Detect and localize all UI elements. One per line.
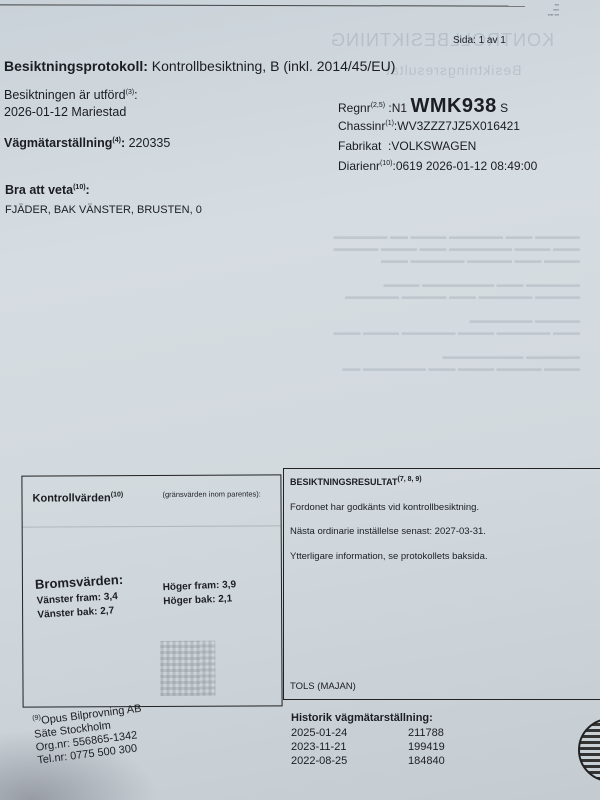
vehicle-info: Regnr(2,5) :N1 WMK938 S Chassinr(1):WV3Z… xyxy=(338,96,537,176)
brake-values-heading: Bromsvärden: xyxy=(35,572,124,592)
certification-seal-icon xyxy=(578,718,600,782)
result-title: BESIKTNINGSRESULTAT(7, 8, 9) xyxy=(290,477,422,487)
chassis-row: Chassinr(1):WV3ZZZ7JZ5X016421 xyxy=(338,116,537,136)
inspection-result-box: BESIKTNINGSRESULTAT(7, 8, 9) Fordonet ha… xyxy=(283,468,600,700)
protocol-title: Besiktningsprotokoll: Kontrollbesiktning… xyxy=(4,58,395,74)
corner-note: ▪▪▪▪▪▪▪▪▪▪▪ ▪▪▪ xyxy=(548,2,559,17)
control-values-title: Kontrollvärden(10) xyxy=(32,492,123,504)
brake-values-right: Höger fram: 3,9 Höger bak: 2,1 xyxy=(162,578,236,609)
control-values-box: Kontrollvärden(10) (gränsvärden inom par… xyxy=(21,474,282,707)
page-number: Sida: 1 av 1 xyxy=(453,35,506,46)
brake-values-left: Vänster fram: 3,4 Vänster bak: 2,7 xyxy=(36,590,119,623)
result-line-more-info: Ytterligare information, se protokollets… xyxy=(290,551,488,562)
good-to-know-value: FJÄDER, BAK VÄNSTER, BRUSTEN, 0 xyxy=(5,204,202,216)
result-line-approved: Fordonet har godkänts vid kontrollbesikt… xyxy=(290,502,479,513)
qr-code-ghost xyxy=(160,641,215,696)
history-row: 2022-08-25184840 xyxy=(291,755,461,767)
performed-value: 2026-01-12 Mariestad xyxy=(4,105,126,119)
watermark-title: KONTROLLBESIKTNING xyxy=(330,30,554,51)
good-to-know-heading: Bra att veta(10): xyxy=(5,183,90,197)
inspector-name: TOLS (MAJAN) xyxy=(290,681,356,692)
performed-label: Besiktningen är utförd(3): xyxy=(4,88,138,102)
divider xyxy=(23,525,281,527)
watermark-subtitle: Besiktningsresultat xyxy=(385,62,522,78)
finger-shadow xyxy=(0,730,160,800)
registration-number: WMK938 xyxy=(410,95,496,117)
make-row: Fabrikat :VOLKSWAGEN xyxy=(338,136,537,156)
result-line-next-inspection: Nästa ordinarie inställelse senast: 2027… xyxy=(290,526,486,537)
history-row: 2025-01-24211788 xyxy=(291,727,461,739)
top-rule xyxy=(0,4,525,6)
odometer-history-title: Historik vägmätarställning: xyxy=(291,712,433,724)
diary-row: Diarienr(10):0619 2026-01-12 08:49:00 xyxy=(338,156,537,176)
odometer-reading: Vägmätarställning(4): 220335 xyxy=(4,136,170,150)
regnr-row: Regnr(2,5) :N1 WMK938 S xyxy=(338,96,537,116)
limits-note: (gränsvärden inom parentes): xyxy=(162,489,260,499)
history-row: 2023-11-21199419 xyxy=(291,741,461,753)
odometer-value: 220335 xyxy=(129,136,171,150)
bleed-through-text: ▬▬▬▬▬ ▬▬▬ ▬▬▬▬▬▬ ▬▬▬▬ ▬▬ ▬▬▬▬▬▬▬▬▬ ▬▬▬▬ … xyxy=(300,230,580,374)
inspection-protocol-page: ▪▪▪▪▪▪▪▪▪▪▪ ▪▪▪ KONTROLLBESIKTNING Besik… xyxy=(0,0,600,800)
